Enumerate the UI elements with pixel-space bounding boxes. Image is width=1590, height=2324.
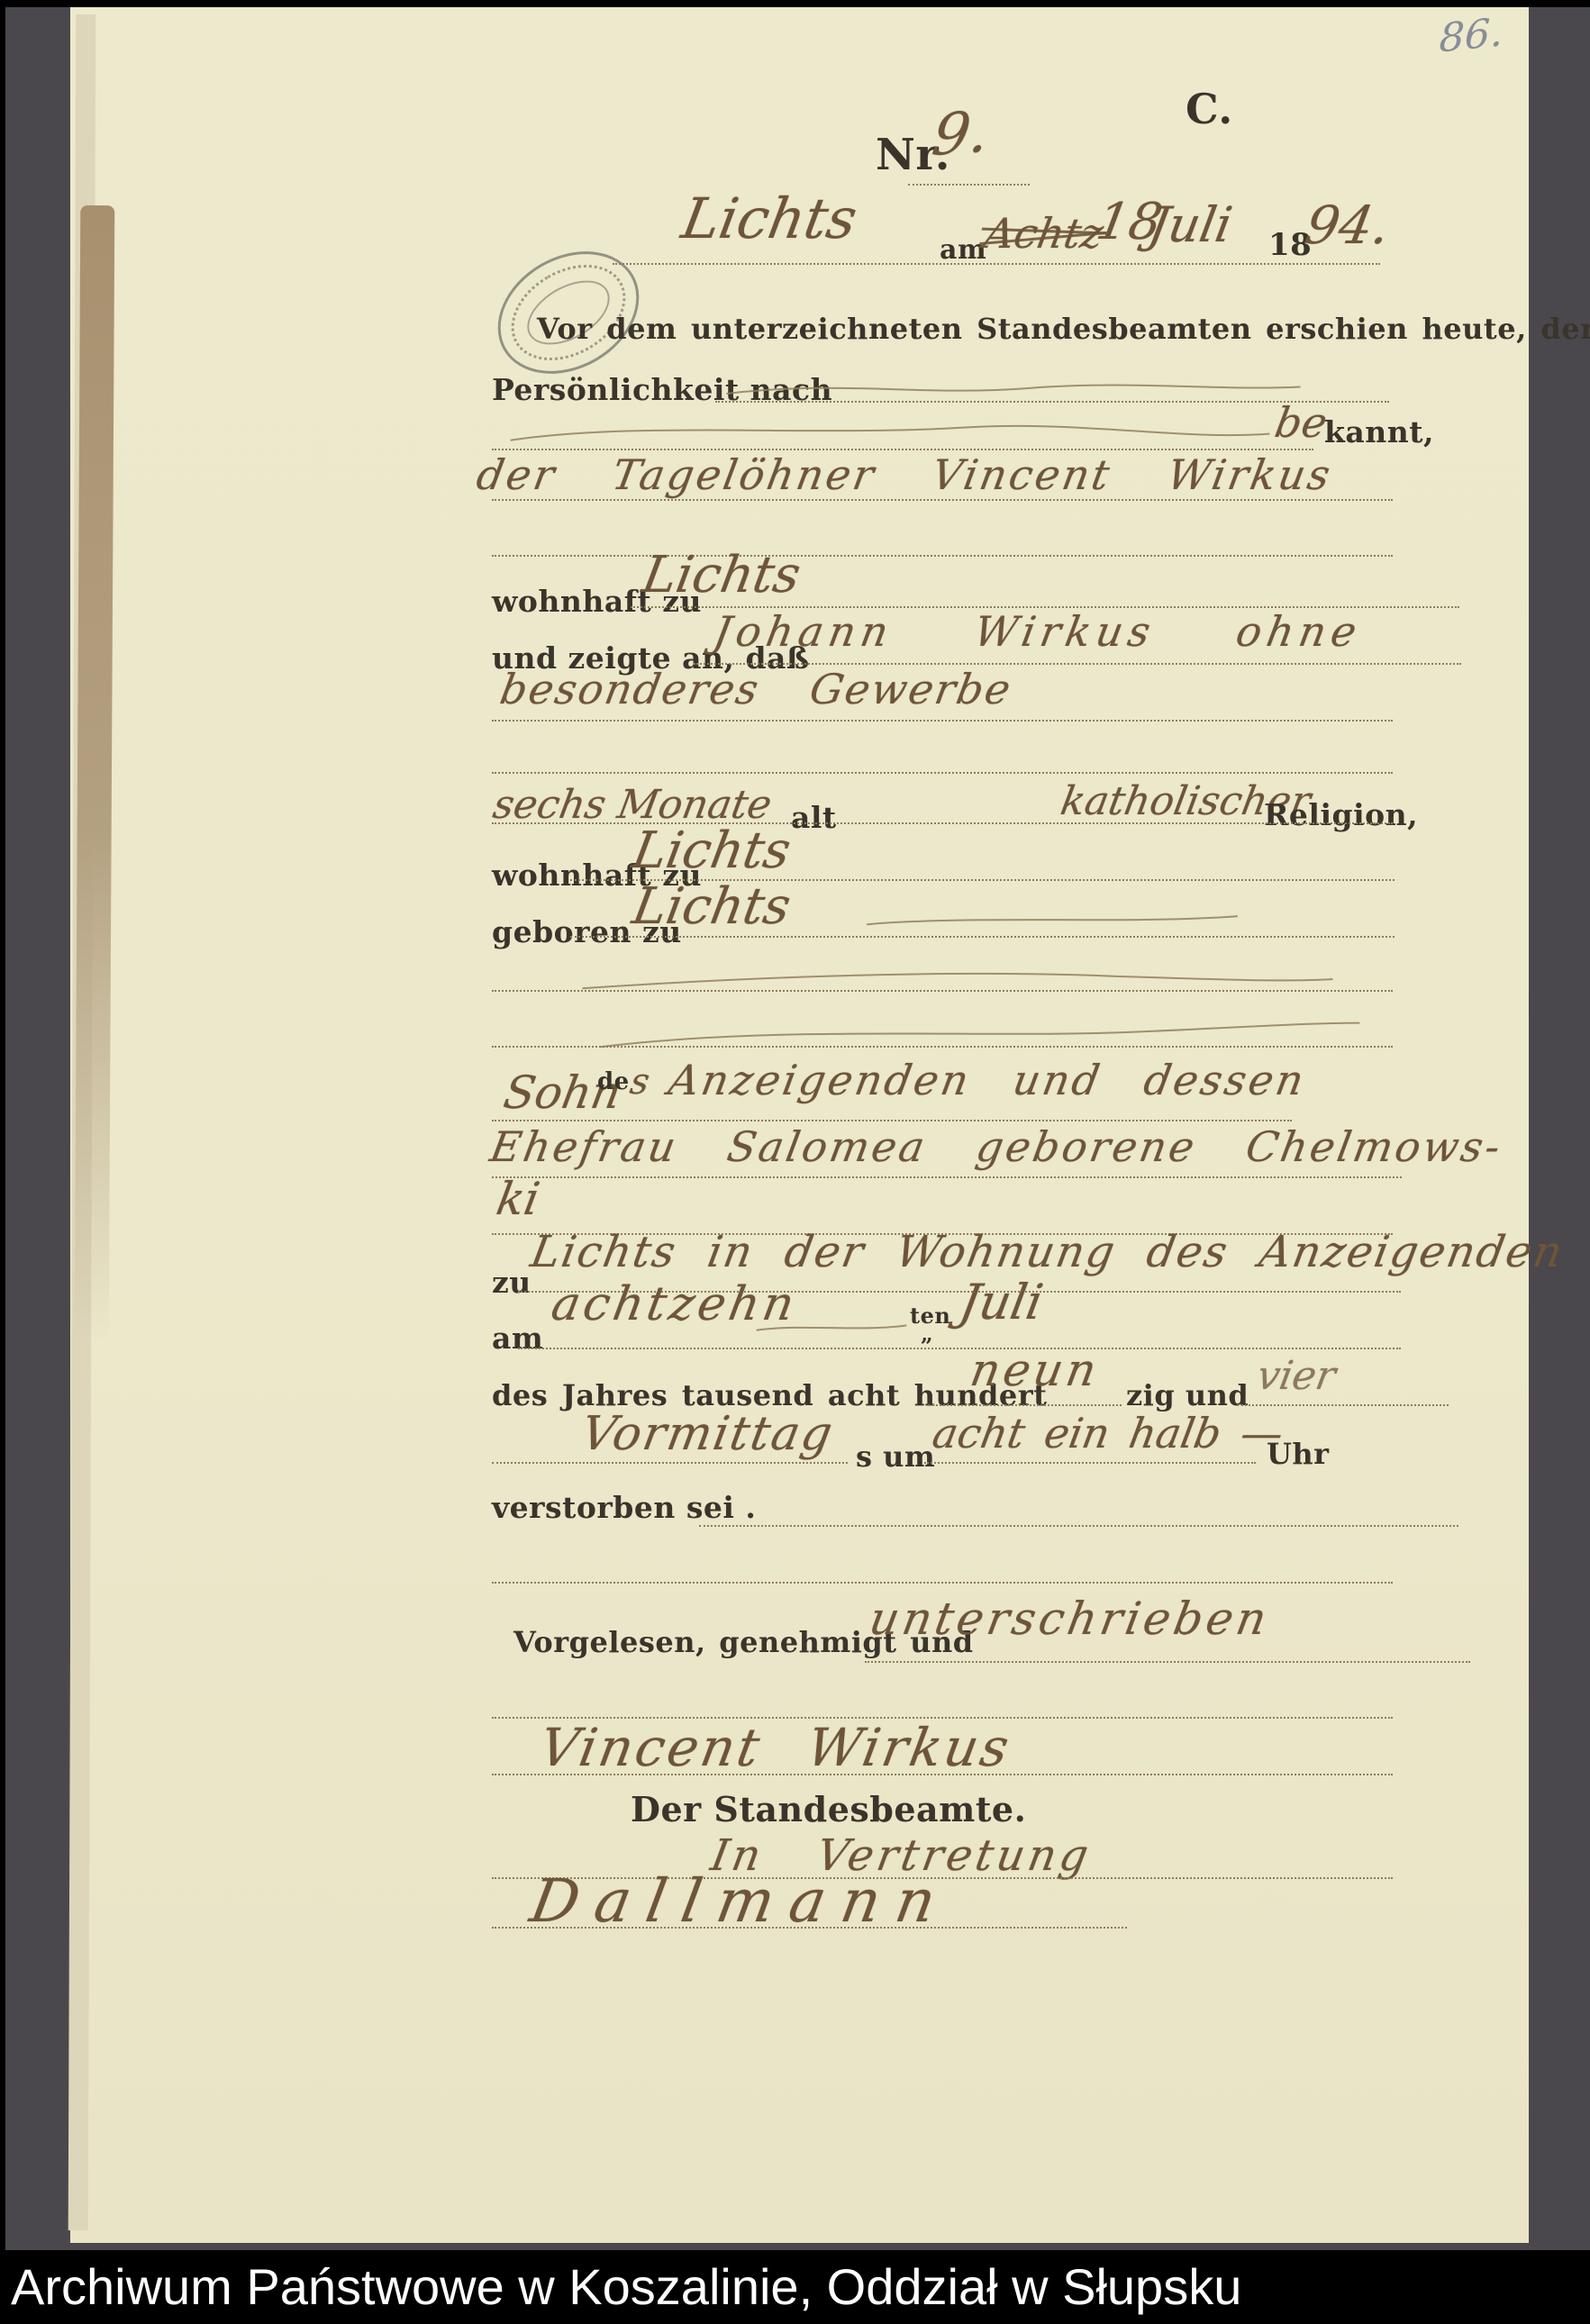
death-place-line: Lichts in der Wohnung des Anzeigenden — [527, 1227, 1567, 1277]
place-handwritten: Lichts — [677, 186, 862, 251]
s-handwritten: s — [627, 1061, 653, 1103]
dotted-rule — [1237, 1404, 1449, 1406]
residence-2: Lichts — [628, 822, 795, 880]
binding-strip — [75, 205, 115, 1340]
dotted-rule — [924, 1462, 1256, 1464]
ink-flourish — [503, 414, 1277, 447]
dotted-rule — [613, 263, 1380, 265]
zu-label: zu — [492, 1265, 532, 1300]
dotted-rule — [492, 499, 1393, 501]
death-month: Juli — [955, 1274, 1047, 1330]
religion-label: Religion, — [1264, 797, 1418, 832]
registrar-heading: Der Standesbeamte. — [631, 1789, 1026, 1829]
s-um-label: s um — [856, 1439, 935, 1474]
dotted-rule — [492, 1120, 1292, 1121]
death-time: acht ein halb — — [929, 1409, 1286, 1457]
birthplace: Lichts — [628, 877, 795, 936]
signature-declarant: Vincent Wirkus — [535, 1717, 1016, 1778]
dotted-rule — [492, 990, 1393, 992]
dotted-rule — [492, 720, 1393, 722]
corner-page-number: 86. — [1439, 9, 1504, 61]
document-page: 86. C. Nr. 9. Lichts am Achtz 18 Juli 18… — [70, 7, 1529, 2243]
daytime-handwritten: Vormittag — [577, 1407, 839, 1461]
closing-handwritten: unterschrieben — [866, 1593, 1274, 1645]
ten-quote: „ — [921, 1321, 933, 1347]
ink-flourish — [721, 375, 1306, 402]
dotted-rule — [570, 936, 1395, 938]
dotted-rule — [492, 1927, 1127, 1929]
intro-line: Vor dem unterzeichneten Standesbeamten e… — [537, 312, 1590, 346]
dotted-rule — [492, 822, 1393, 824]
be-handwritten: be — [1271, 398, 1331, 447]
parents-line-2: Ehefrau Salomea geborene Chelmows- — [486, 1122, 1506, 1171]
dotted-rule — [699, 1525, 1458, 1527]
dotted-rule — [492, 555, 1393, 557]
dotted-rule — [492, 1774, 1393, 1775]
am-label-2: am — [492, 1321, 543, 1356]
scan-top-edge — [0, 0, 1590, 7]
dotted-rule — [492, 1176, 1402, 1178]
ink-flourish — [863, 908, 1241, 931]
verstorben-line: verstorben sei . — [492, 1490, 756, 1525]
archive-caption-bar: Archiwum Państwowe w Koszalinie, Oddział… — [0, 2250, 1590, 2324]
section-letter: C. — [1186, 85, 1233, 133]
year-ones: vier — [1254, 1353, 1340, 1399]
parents-line-3: ki — [493, 1173, 544, 1225]
dotted-rule — [492, 772, 1393, 774]
am-label: am — [940, 234, 986, 266]
signature-registrar: Dallmann — [525, 1866, 957, 1936]
record-number-value: 9. — [928, 99, 993, 169]
dotted-rule — [518, 1348, 1401, 1349]
uhr-label: Uhr — [1267, 1437, 1330, 1471]
dotted-rule — [492, 1582, 1393, 1584]
year-tens: neun — [967, 1344, 1104, 1396]
dotted-rule — [928, 1404, 1122, 1406]
ink-flourish — [755, 1321, 908, 1337]
year-handwritten: 94. — [1301, 195, 1395, 256]
deceased-line-2: besonderes Gewerbe — [496, 665, 1015, 713]
zig-und-label: zig und — [1126, 1378, 1249, 1412]
declarant-line: der Tagelöhner Vincent Wirkus — [473, 450, 1336, 499]
kannt-label: kannt, — [1324, 414, 1434, 449]
month-handwritten: Juli — [1144, 196, 1236, 253]
de-label: de — [597, 1068, 630, 1095]
dotted-rule — [908, 184, 1030, 186]
scan-left-edge — [0, 0, 5, 2324]
dotted-rule — [492, 1462, 848, 1464]
archival-scan: { "scan": { "corner_page_number": "86.",… — [0, 0, 1590, 2324]
deceased-line-1: Johann Wirkus ohne — [710, 607, 1366, 656]
archive-caption: Archiwum Państwowe w Koszalinie, Oddział… — [11, 2256, 1241, 2319]
struck-date-word: Achtz — [980, 209, 1107, 258]
parents-line-1: Anzeigenden und dessen — [665, 1056, 1310, 1104]
dotted-rule — [492, 1046, 1393, 1048]
residence-1: Lichts — [638, 546, 804, 604]
dotted-rule — [865, 1661, 1470, 1663]
alt-label: alt — [791, 800, 837, 835]
